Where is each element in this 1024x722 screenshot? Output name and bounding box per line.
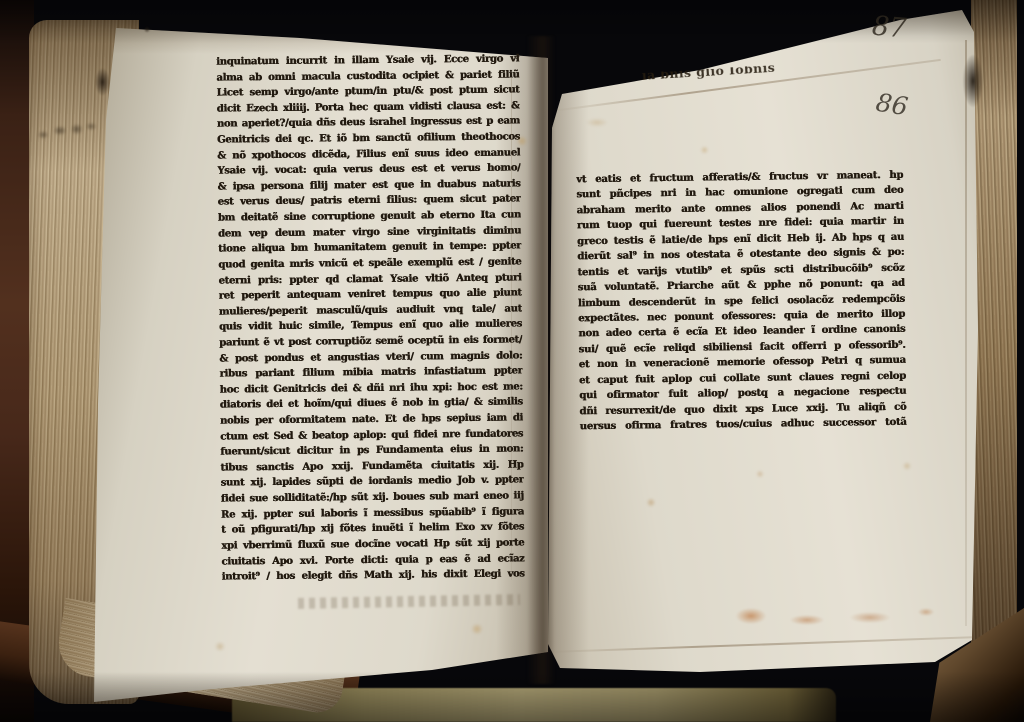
crease-right-page-vertical [965, 40, 967, 626]
foxing-stain [516, 136, 528, 146]
folio-number-87: 87 [871, 11, 908, 45]
right-page-text-block: vt eatis et fructum afferatis/& fructus … [576, 168, 907, 435]
foxing-stain [586, 118, 608, 127]
rust-stain [736, 608, 766, 624]
foxing-stain [214, 642, 226, 651]
text-line: introit⁹ / hos elegit dñs Math xij. his … [222, 567, 525, 586]
rust-stain [850, 612, 890, 623]
rust-stain [790, 615, 824, 625]
book-photo-scene: inquinatum incurrit in illam Ysaie vij. … [0, 0, 1024, 722]
book-gutter [527, 36, 555, 684]
ink-blot-right-edge [963, 55, 983, 107]
crease-left-page-vertical [511, 78, 512, 580]
foxing-stain [700, 146, 709, 154]
foxing-stain [902, 462, 912, 470]
page-shading [545, 6, 1023, 36]
folio-number-86: 86 [874, 88, 910, 122]
foxing-stain [756, 470, 764, 478]
foxing-stain [470, 624, 484, 634]
ink-speck-top [144, 26, 150, 33]
rust-stain [918, 608, 934, 616]
page-shading [86, 24, 548, 54]
left-page-text-block: inquinatum incurrit in illam Ysaie vij. … [216, 51, 525, 585]
fore-edge-ink-scribble [36, 118, 96, 146]
ink-blot-left-margin [95, 68, 110, 96]
foxing-stain [646, 498, 656, 507]
